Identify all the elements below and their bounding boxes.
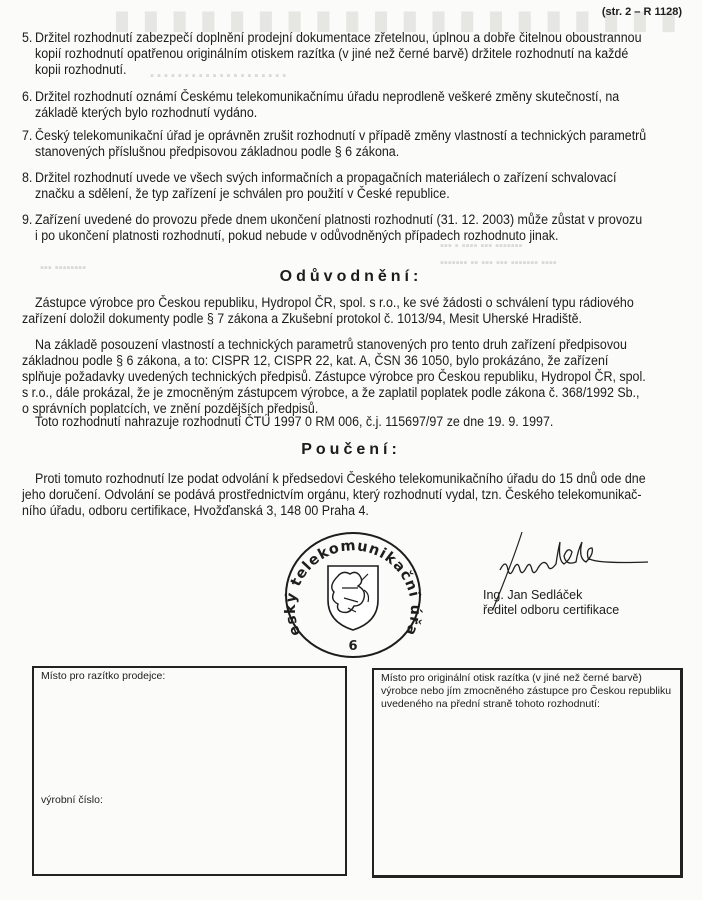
condition-text: Zařízení uvedené do provozu přede dnem u…	[22, 212, 686, 244]
page-number: (str. 2 – R 1128)	[602, 6, 682, 18]
condition-text: Držitel rozhodnutí zabezpečí doplnění pr…	[22, 30, 686, 78]
condition-text: Držitel rozhodnutí oznámí Českému teleko…	[22, 89, 686, 121]
condition-item: 9.Zařízení uvedené do provozu přede dnem…	[22, 212, 638, 244]
signature-scribble	[470, 530, 702, 590]
signatory-title: ředitel odboru certifikace	[483, 603, 619, 618]
condition-number: 7.	[22, 128, 32, 144]
condition-number: 5.	[22, 30, 32, 46]
coat-of-arms-icon	[328, 566, 378, 630]
justification-paragraph: Zástupce výrobce pro Českou republiku, H…	[22, 295, 684, 327]
condition-item: 7.Český telekomunikační úřad je oprávněn…	[22, 128, 638, 160]
condition-text: Český telekomunikační úřad je oprávněn z…	[22, 128, 686, 160]
official-stamp: Český telekomunikační úřad 6	[278, 528, 428, 660]
condition-item: 8.Držitel rozhodnutí uvede ve všech svýc…	[22, 170, 638, 202]
justification-paragraph: Toto rozhodnutí nahrazuje rozhodnutí ČTÚ…	[22, 414, 684, 430]
svg-text:6: 6	[348, 639, 357, 654]
condition-item: 6.Držitel rozhodnutí oznámí Českému tele…	[22, 89, 638, 121]
document-page: █ █ █ █ █ █ █ █ █ █ █ █ █ █ █ █ █ █ █ █ …	[0, 0, 702, 900]
justification-heading: Odůvodnění:	[0, 268, 702, 286]
serial-number-label: výrobní číslo:	[41, 794, 103, 806]
instruction-paragraph: Proti tomuto rozhodnutí lze podat odvolá…	[22, 471, 684, 519]
condition-text: Držitel rozhodnutí uvede ve všech svých …	[22, 170, 686, 202]
condition-item: 5.Držitel rozhodnutí zabezpečí doplnění …	[22, 30, 638, 78]
signatory-name: Ing. Jan Sedláček	[483, 588, 619, 603]
condition-number: 8.	[22, 170, 32, 186]
manufacturer-stamp-label: Místo pro originální otisk razítka (v ji…	[381, 672, 671, 711]
justification-paragraph: Na základě posouzení vlastností a techni…	[22, 337, 684, 417]
condition-number: 9.	[22, 212, 32, 228]
manufacturer-stamp-box: Místo pro originální otisk razítka (v ji…	[372, 668, 683, 878]
seller-stamp-box: Místo pro razítko prodejce: výrobní čísl…	[32, 666, 347, 876]
seller-stamp-label: Místo pro razítko prodejce:	[41, 670, 165, 683]
instruction-heading: Poučení:	[0, 441, 702, 459]
bleed-through-text: █ █ █ █ █ █ █ █ █ █ █ █ █ █ █ █ █ █ █ █	[110, 12, 675, 32]
signatory-block: Ing. Jan Sedláček ředitel odboru certifi…	[483, 588, 619, 618]
condition-number: 6.	[22, 89, 32, 105]
